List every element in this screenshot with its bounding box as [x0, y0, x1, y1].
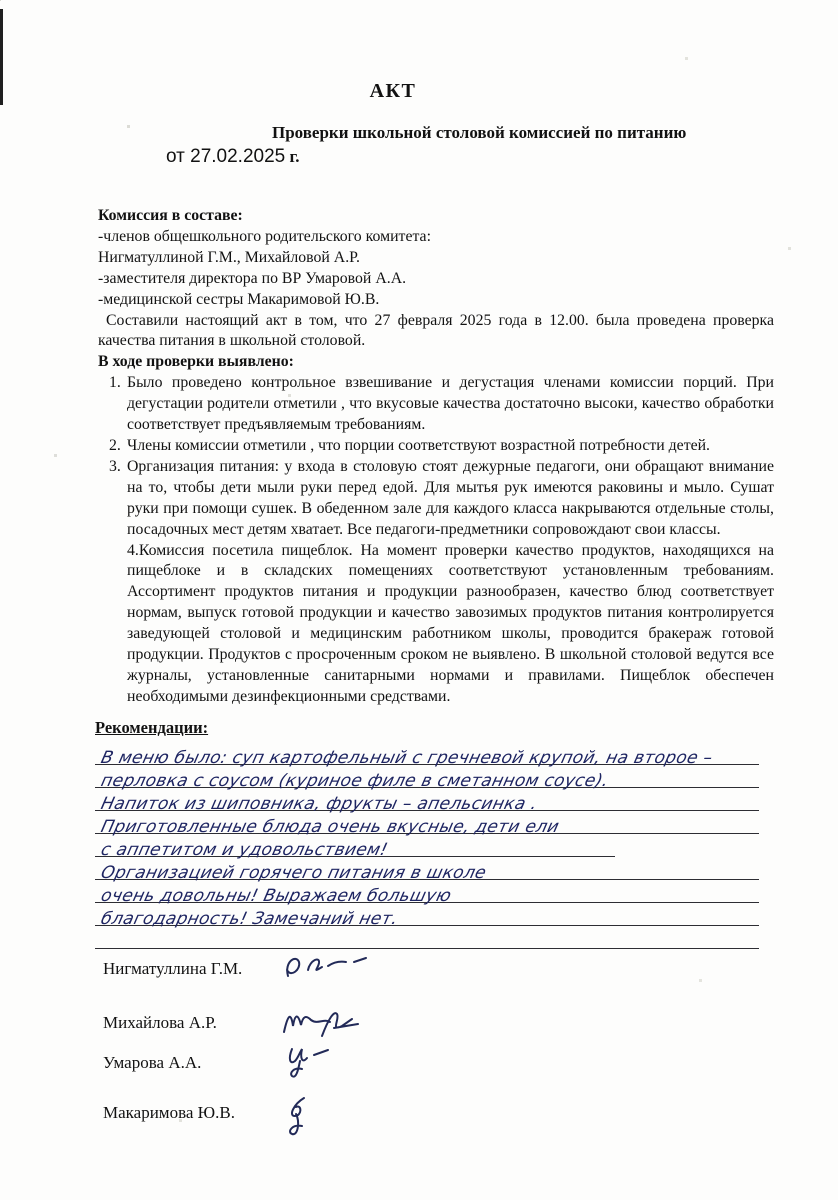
- handwritten-line: благодарность! Замечаний нет.: [95, 903, 759, 926]
- signature-icon: [278, 1006, 388, 1040]
- commission-heading: Комиссия в составе:: [98, 206, 774, 227]
- scan-noise: [0, 0, 1, 1]
- finding-item: 1. Было проведено контрольное взвешивани…: [98, 373, 774, 436]
- scanned-act-document: АКТ Проверки школьной столовой комиссией…: [0, 0, 838, 1200]
- handwritten-line: Напиток из шиповника, фрукты – апельсинк…: [95, 788, 759, 811]
- handwritten-line: Организацией горячего питания в школе: [95, 857, 759, 880]
- recommendations-section: Рекомендации: В меню было: суп картофель…: [95, 718, 771, 949]
- handwritten-line: В меню было: суп картофельный с гречнево…: [95, 742, 759, 765]
- signer-name: Нигматуллина Г.М.: [103, 959, 278, 979]
- document-title: АКТ: [0, 80, 812, 103]
- commission-member-line: Нигматуллиной Г.М., Михайловой А.Р.: [98, 248, 774, 269]
- act-statement: Составили настоящий акт в том, что 27 фе…: [98, 311, 774, 353]
- recommendations-heading: Рекомендации:: [95, 718, 771, 738]
- date-value: от 27.02.2025: [166, 146, 285, 167]
- signature-icon: [278, 1096, 368, 1130]
- finding-item: 3. Организация питания: у входа в столов…: [98, 457, 774, 541]
- finding-number: 3.: [98, 457, 127, 541]
- finding-text: Было проведено контрольное взвешивание и…: [127, 373, 774, 436]
- commission-member-line: -заместителя директора по ВР Умаровой А.…: [98, 269, 774, 290]
- document-body: Комиссия в составе: -членов общешкольног…: [98, 206, 774, 718]
- signer-name: Макаримова Ю.В.: [103, 1103, 278, 1123]
- signer-name: Михайлова А.Р.: [103, 1013, 278, 1033]
- commission-member-line: -медицинской сестры Макаримовой Ю.В.: [98, 290, 774, 311]
- date-suffix: г.: [285, 147, 299, 166]
- findings-heading: В ходе проверки выявлено:: [98, 352, 774, 373]
- finding-text: Члены комиссии отметили , что порции соо…: [127, 436, 774, 457]
- document-date-line: от 27.02.2025 г.: [166, 146, 300, 168]
- signature-icon: [278, 952, 388, 986]
- document-subtitle: Проверки школьной столовой комиссией по …: [272, 123, 686, 143]
- finding-paragraph-4: 4.Комиссия посетила пищеблок. На момент …: [127, 541, 774, 708]
- signature-row: Михайлова А.Р.: [103, 1006, 388, 1040]
- signature-row: Нигматуллина Г.М.: [103, 952, 388, 986]
- handwritten-line: с аппетитом и удовольствием!: [95, 834, 615, 857]
- finding-text: Организация питания: у входа в столовую …: [127, 457, 774, 541]
- signer-name: Умарова А.А.: [103, 1053, 278, 1073]
- handwritten-line: очень довольны! Выражаем большую: [95, 880, 759, 903]
- finding-number: 1.: [98, 373, 127, 436]
- signature-row: Умарова А.А.: [103, 1046, 388, 1080]
- finding-number: 2.: [98, 436, 127, 457]
- commission-member-line: -членов общешкольного родительского коми…: [98, 227, 774, 248]
- signatures-section: Нигматуллина Г.М. Михайлова А.Р. Умарова…: [103, 946, 388, 1130]
- signature-row: Макаримова Ю.В.: [103, 1096, 388, 1130]
- handwritten-line: перловка с соусом (куриное филе в сметан…: [95, 765, 759, 788]
- signature-icon: [278, 1043, 388, 1083]
- handwritten-line: Приготовленные блюда очень вкусные, дети…: [95, 811, 759, 834]
- finding-item: 2. Члены комиссии отметили , что порции …: [98, 436, 774, 457]
